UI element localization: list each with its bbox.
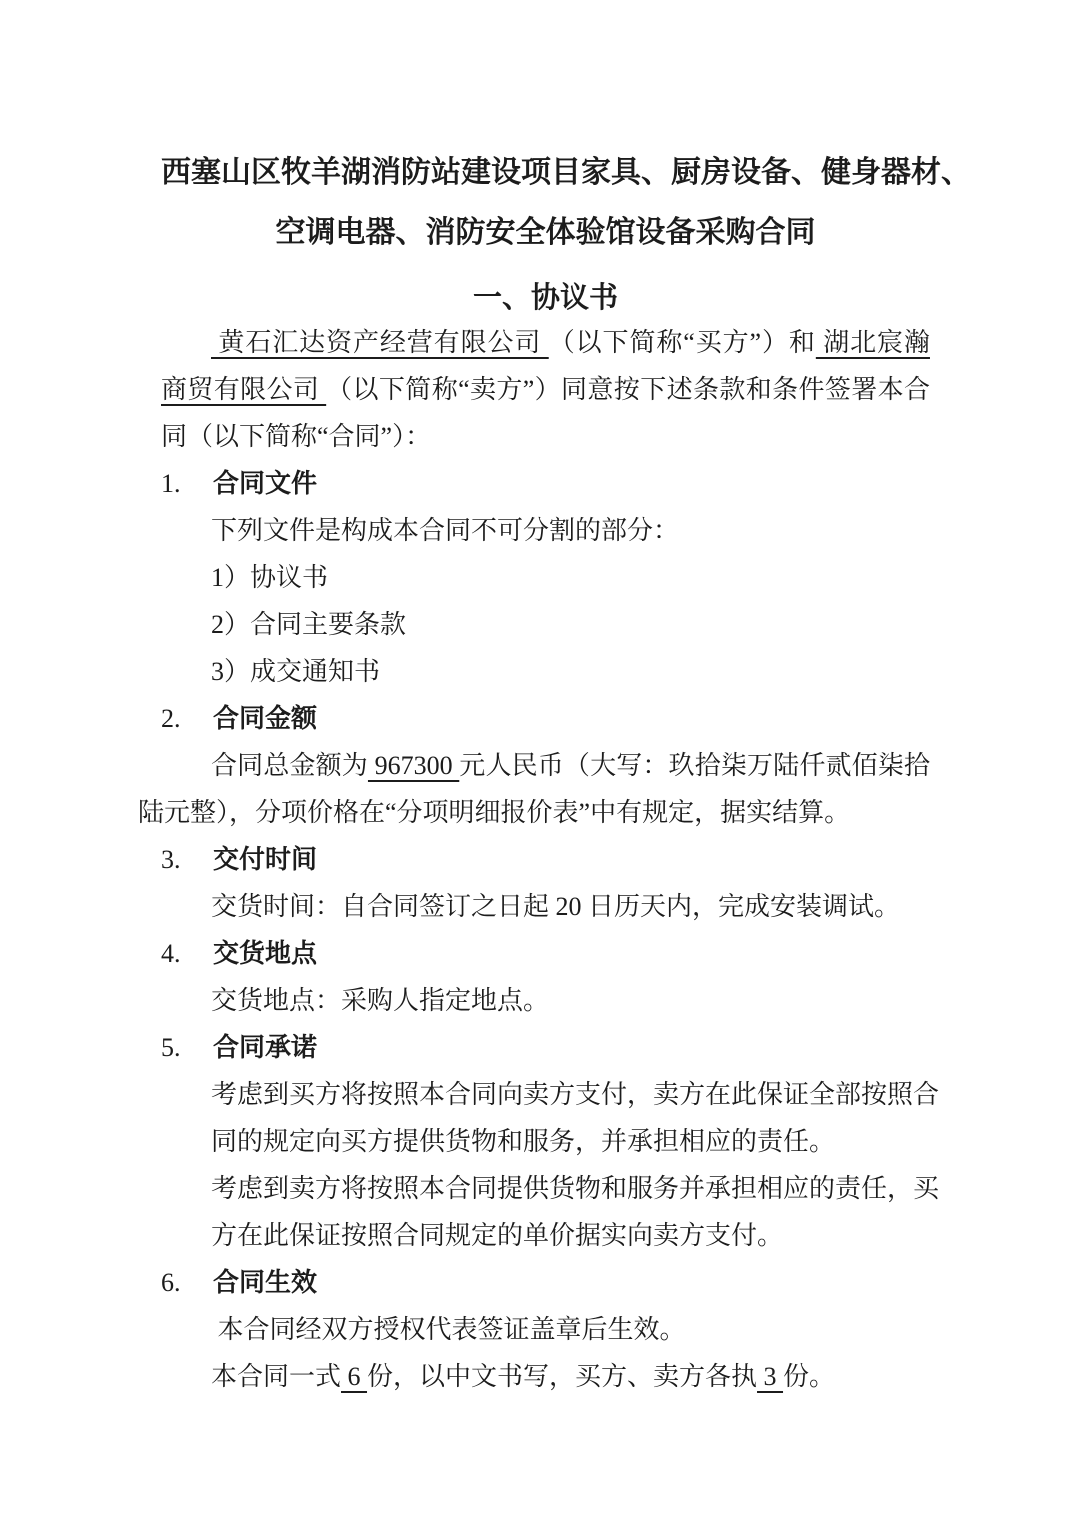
clause-heading-line: 2.合同金额 bbox=[161, 695, 317, 742]
text-line: 合同总金额为 967300 元人民币（大写：玖拾柒万陆仟贰佰柒拾 bbox=[161, 742, 930, 789]
text-segment: 2）合同主要条款 bbox=[211, 610, 406, 639]
text-segment: 份，以中文书写，买方、卖方各执 bbox=[367, 1362, 757, 1391]
clause-heading-line: 3.交付时间 bbox=[161, 836, 317, 883]
text-segment: 同（以下简称“合同”）： bbox=[161, 422, 431, 451]
clause-title: 交付时间 bbox=[213, 845, 317, 874]
text-line: 同的规定向买方提供货物和服务，并承担相应的责任。 bbox=[161, 1118, 930, 1165]
underlined-fill-in-field: 商贸有限公司 bbox=[161, 375, 326, 404]
text-segment: 份。 bbox=[783, 1362, 835, 1391]
agreement-section-heading: 一、协议书 bbox=[161, 277, 930, 319]
text-segment: 方在此保证按照合同规定的单价据实向卖方支付。 bbox=[211, 1221, 783, 1250]
text-segment: （以下简称“买方”）和 bbox=[549, 328, 816, 357]
contract-body: 黄石汇达资产经营有限公司 （以下简称“买方”）和 湖北宸瀚商贸有限公司 （以下简… bbox=[161, 319, 930, 1400]
text-line: 考虑到买方将按照本合同向卖方支付，卖方在此保证全部按照合 bbox=[161, 1071, 930, 1118]
clause-number: 1. bbox=[161, 460, 213, 507]
text-line: 同（以下简称“合同”）： bbox=[161, 413, 930, 460]
text-segment: 陆元整），分项价格在“分项明细报价表”中有规定，据实结算。 bbox=[138, 798, 850, 827]
text-segment: 本合同经双方授权代表签证盖章后生效。 bbox=[211, 1315, 686, 1344]
text-segment: 下列文件是构成本合同不可分割的部分： bbox=[211, 516, 679, 545]
text-segment: 3）成交通知书 bbox=[211, 657, 380, 686]
text-segment: 本合同一式 bbox=[211, 1362, 341, 1391]
text-line: 交货时间：自合同签订之日起 20 日历天内，完成安装调试。 bbox=[161, 883, 930, 930]
text-segment: 考虑到买方将按照本合同向卖方支付，卖方在此保证全部按照合 bbox=[211, 1080, 939, 1109]
underlined-fill-in-field: 967300 bbox=[368, 751, 459, 780]
text-line: 2）合同主要条款 bbox=[161, 601, 930, 648]
text-line: 本合同一式 6 份，以中文书写，买方、卖方各执 3 份。 bbox=[161, 1353, 930, 1400]
clause-title: 合同生效 bbox=[213, 1268, 317, 1297]
text-segment: 同的规定向买方提供货物和服务，并承担相应的责任。 bbox=[211, 1127, 835, 1156]
clause-number: 5. bbox=[161, 1024, 213, 1071]
underlined-fill-in-field: 湖北宸瀚 bbox=[816, 328, 930, 357]
contract-title-line-2: 空调电器、消防安全体验馆设备采购合同 bbox=[161, 203, 930, 263]
underlined-fill-in-field: 黄石汇达资产经营有限公司 bbox=[211, 328, 549, 357]
clause-heading-line: 1.合同文件 bbox=[161, 460, 317, 507]
contract-title-line-1: 西塞山区牧羊湖消防站建设项目家具、厨房设备、健身器材、 bbox=[161, 143, 930, 203]
text-line: 1）协议书 bbox=[161, 554, 930, 601]
clause-title: 合同承诺 bbox=[213, 1033, 317, 1062]
text-line: 考虑到卖方将按照本合同提供货物和服务并承担相应的责任，买 bbox=[161, 1165, 930, 1212]
text-segment: 合同总金额为 bbox=[211, 751, 368, 780]
document-page: 西塞山区牧羊湖消防站建设项目家具、厨房设备、健身器材、 空调电器、消防安全体验馆… bbox=[0, 0, 1074, 1520]
text-segment: 元人民币（大写：玖拾柒万陆仟贰佰柒拾 bbox=[459, 751, 930, 780]
clause-number: 2. bbox=[161, 695, 213, 742]
text-line: 下列文件是构成本合同不可分割的部分： bbox=[161, 507, 930, 554]
clause-title: 合同文件 bbox=[213, 469, 317, 498]
text-line: 商贸有限公司 （以下简称“卖方”）同意按下述条款和条件签署本合 bbox=[161, 366, 930, 413]
page-content: 西塞山区牧羊湖消防站建设项目家具、厨房设备、健身器材、 空调电器、消防安全体验馆… bbox=[0, 0, 1074, 1400]
clause-title: 交货地点 bbox=[213, 939, 317, 968]
clause-number: 4. bbox=[161, 930, 213, 977]
clause-number: 3. bbox=[161, 836, 213, 883]
text-line: 陆元整），分项价格在“分项明细报价表”中有规定，据实结算。 bbox=[138, 789, 930, 836]
underlined-fill-in-field: 3 bbox=[757, 1362, 783, 1391]
clause-heading-line: 6.合同生效 bbox=[161, 1259, 317, 1306]
text-segment: 考虑到卖方将按照本合同提供货物和服务并承担相应的责任，买 bbox=[211, 1174, 939, 1203]
text-segment: 交货时间：自合同签订之日起 20 日历天内，完成安装调试。 bbox=[211, 892, 900, 921]
text-segment: 交货地点：采购人指定地点。 bbox=[211, 986, 549, 1015]
clause-heading-line: 4.交货地点 bbox=[161, 930, 317, 977]
text-line: 黄石汇达资产经营有限公司 （以下简称“买方”）和 湖北宸瀚 bbox=[161, 319, 930, 366]
text-segment: （以下简称“卖方”）同意按下述条款和条件签署本合 bbox=[326, 375, 930, 404]
text-line: 交货地点：采购人指定地点。 bbox=[161, 977, 930, 1024]
clause-title: 合同金额 bbox=[213, 704, 317, 733]
text-line: 3）成交通知书 bbox=[161, 648, 930, 695]
clause-number: 6. bbox=[161, 1259, 213, 1306]
underlined-fill-in-field: 6 bbox=[341, 1362, 367, 1391]
text-segment: 1）协议书 bbox=[211, 563, 328, 592]
text-line: 方在此保证按照合同规定的单价据实向卖方支付。 bbox=[161, 1212, 930, 1259]
clause-heading-line: 5.合同承诺 bbox=[161, 1024, 317, 1071]
text-line: 本合同经双方授权代表签证盖章后生效。 bbox=[161, 1306, 930, 1353]
